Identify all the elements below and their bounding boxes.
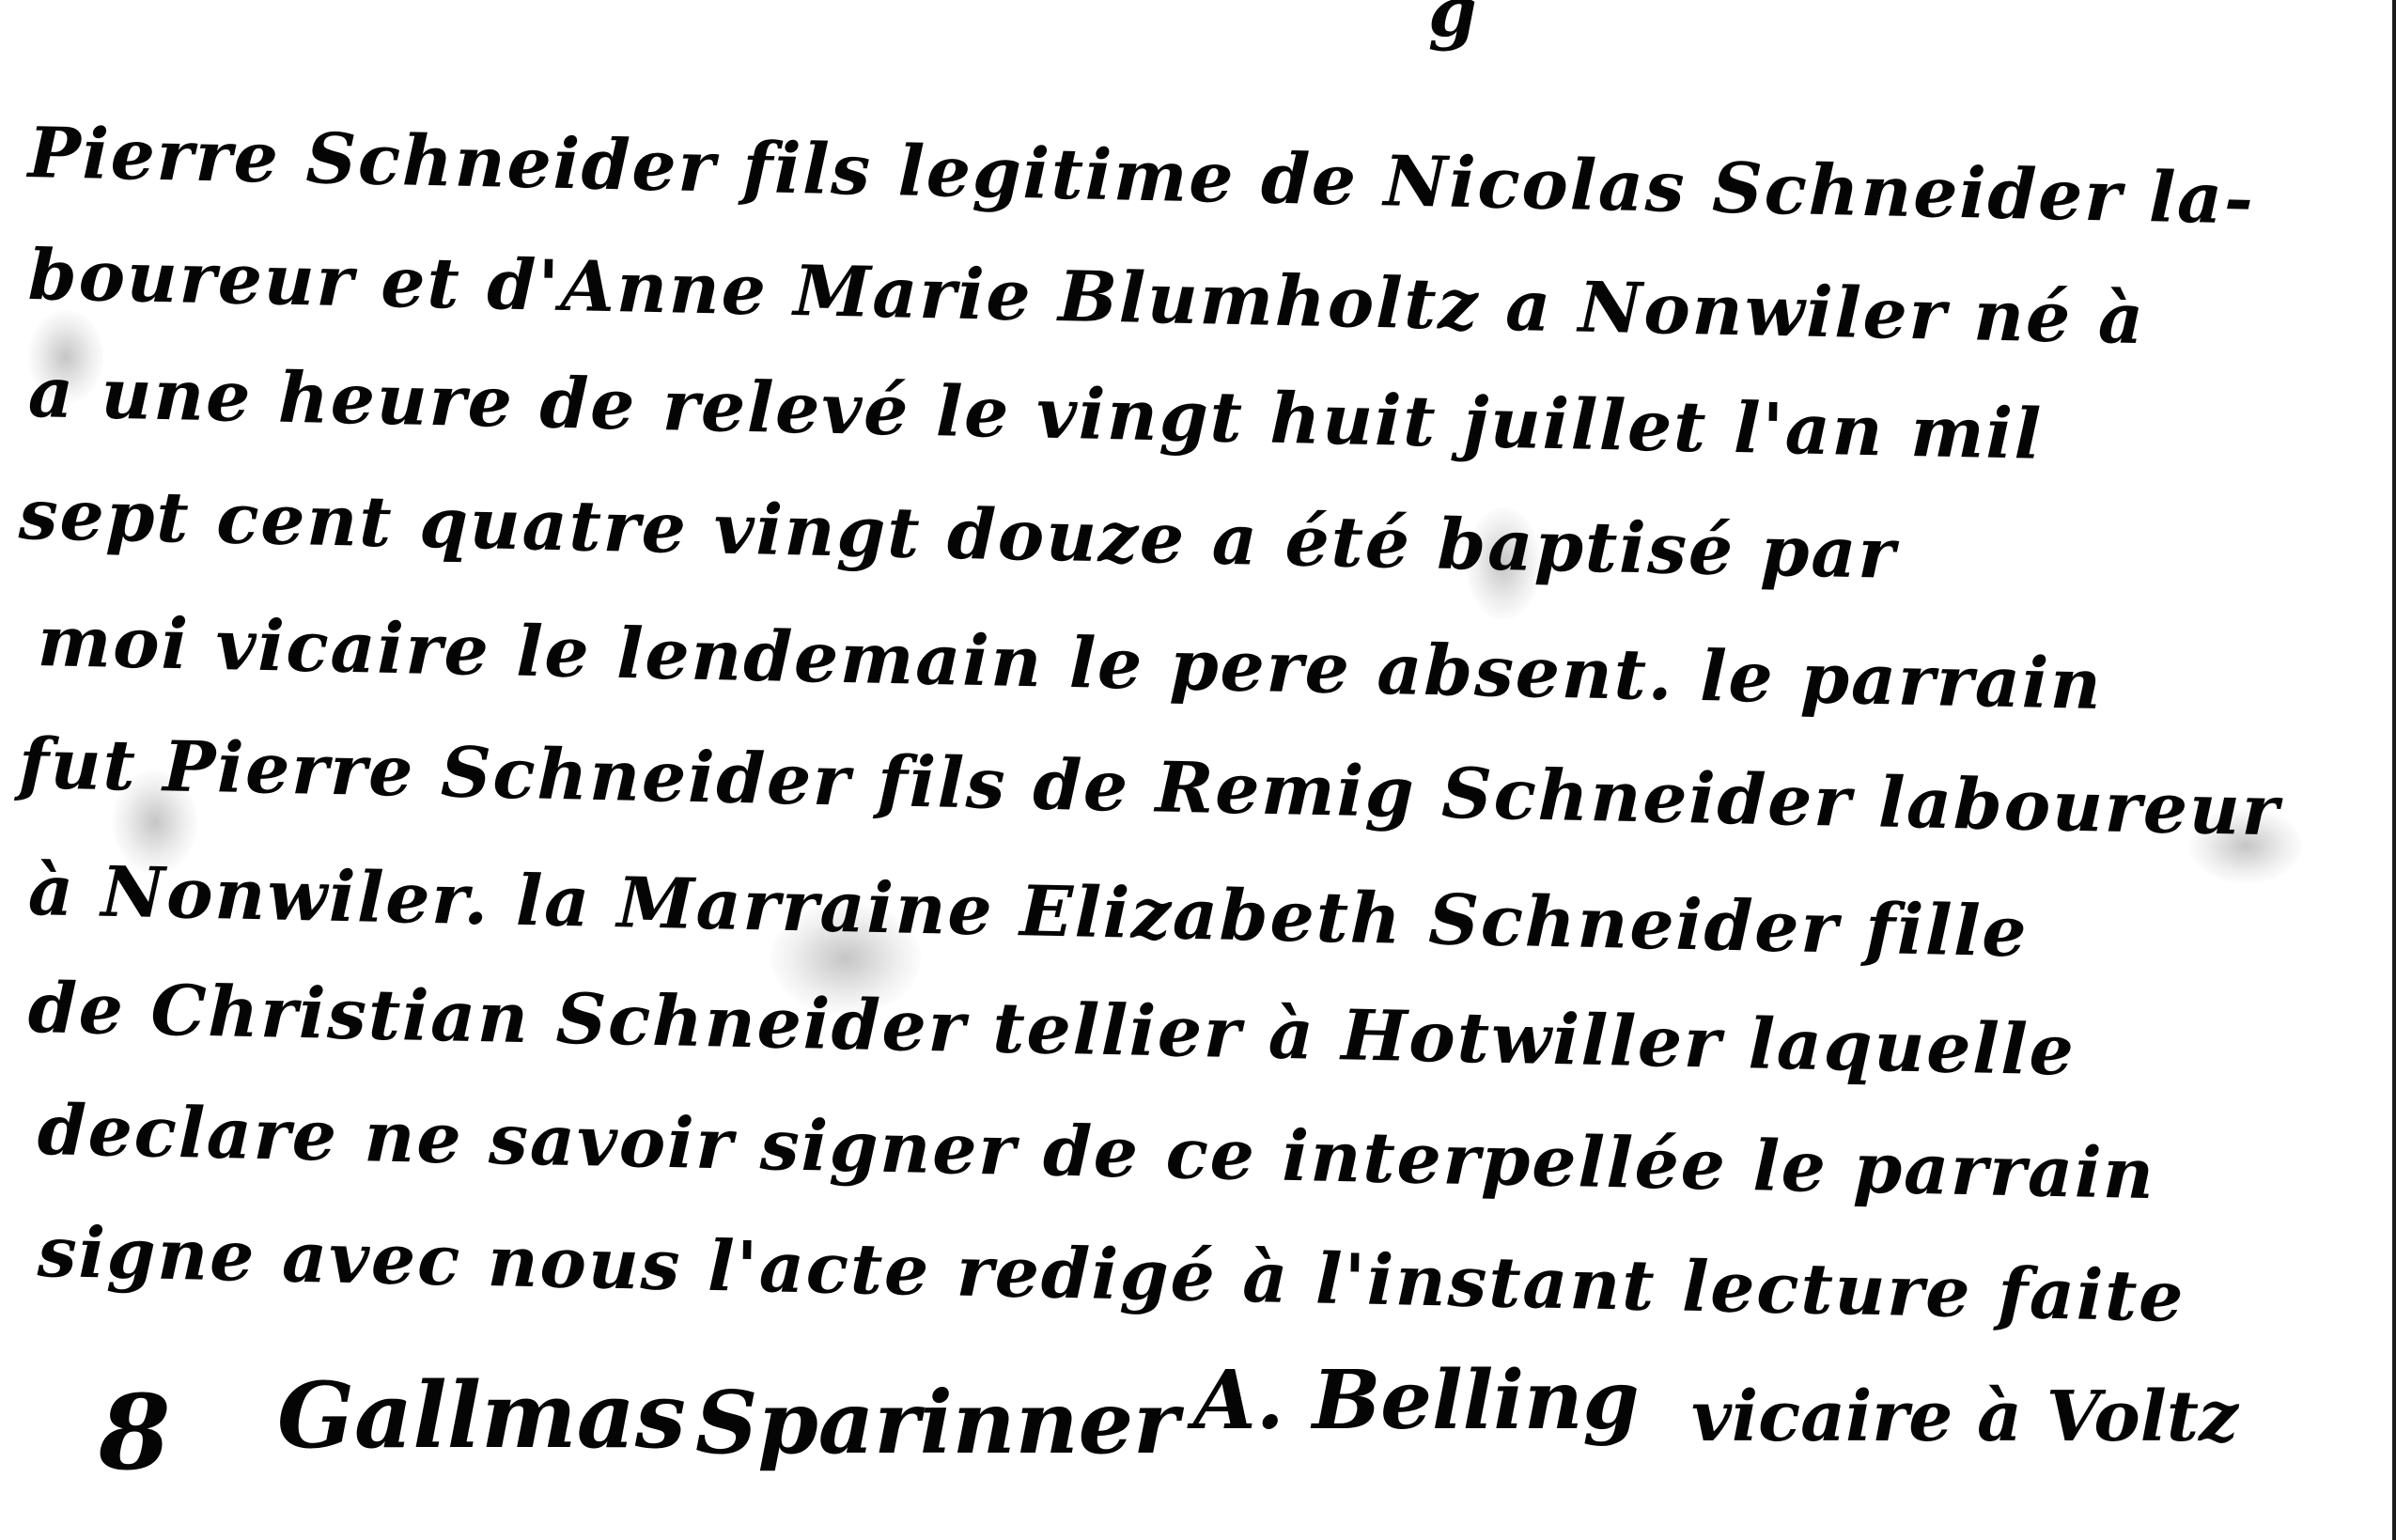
record-line-4: sept cent quatre vingt douze a été bapti… <box>18 474 1897 595</box>
signature-4: vicaire à Voltz <box>1691 1377 2238 1457</box>
record-line-7: à Nonwiler. la Marraine Elizabeth Schnei… <box>27 850 2029 973</box>
record-line-6: fut Pierre Schneider fils de Remig Schne… <box>18 723 2281 851</box>
record-line-8: de Christian Schneider tellier à Hotwill… <box>27 968 2076 1092</box>
record-line-9: declare ne savoir signer de ce interpell… <box>37 1090 2156 1215</box>
record-line-5: moi vicaire le lendemain le pere absent.… <box>37 601 2104 725</box>
record-line-10: signe avec nous l'acte redigé à l'instan… <box>37 1212 2186 1338</box>
signature-1: Gallmas <box>277 1362 686 1469</box>
record-line-2: boureur et d'Anne Marie Blumholtz a Nonw… <box>27 235 2146 360</box>
signature-mark: 8 <box>99 1372 171 1493</box>
page-edge <box>2392 0 2396 1540</box>
signature-3: A. Belling <box>1193 1353 1640 1448</box>
signature-2: Sparinner <box>695 1372 1179 1473</box>
document-page: g Pierre Schneider fils legitime de Nico… <box>0 0 2396 1540</box>
top-fragment-text: g <box>1428 0 1477 53</box>
record-line-3: a une heure de relevé le vingt huit juil… <box>27 352 2044 475</box>
record-line-1: Pierre Schneider fils legitime de Nicola… <box>27 113 2256 241</box>
